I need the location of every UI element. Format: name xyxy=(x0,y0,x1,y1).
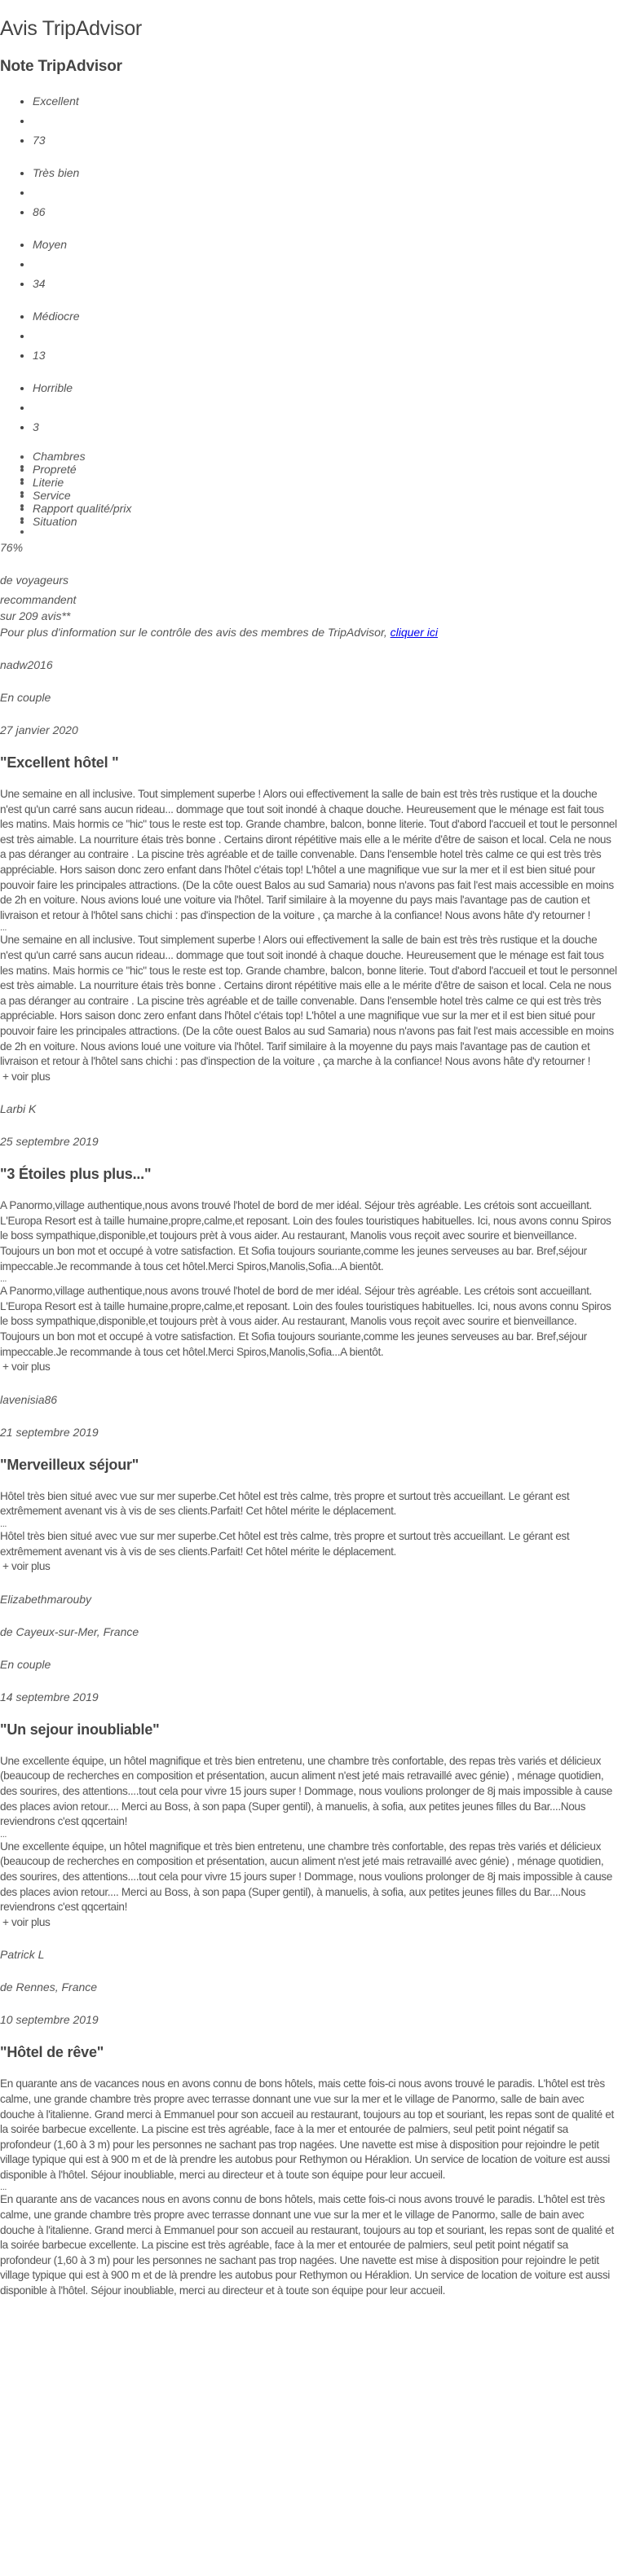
review-excerpt: En quarante ans de vacances nous en avon… xyxy=(0,2077,614,2181)
category-label: Chambres xyxy=(33,450,618,463)
review-date: 27 janvier 2020 xyxy=(0,722,618,738)
see-more-button[interactable]: + voir plus xyxy=(0,1070,618,1085)
review-body: Une semaine en all inclusive. Tout simpl… xyxy=(0,787,618,1084)
review-ellipsis: ... xyxy=(0,1274,618,1284)
review-location: de Cayeux-sur-Mer, France xyxy=(0,1624,618,1640)
rating-label: Médiocre xyxy=(33,306,618,326)
rating-bar xyxy=(33,254,618,274)
recommend-line-1: de voyageurs xyxy=(0,572,618,588)
review-body: Une excellente équipe, un hôtel magnifiq… xyxy=(0,1754,618,1931)
review-date: 14 septembre 2019 xyxy=(0,1689,618,1705)
review-author: Patrick L xyxy=(0,1946,618,1963)
rating-label: Excellent xyxy=(33,91,618,111)
rating-count: 34 xyxy=(33,274,618,293)
rating-row-moyen: Moyen 34 xyxy=(0,235,618,293)
rating-row-tres-bien: Très bien 86 xyxy=(0,163,618,222)
review-item: Larbi K 25 septembre 2019 "3 Étoiles plu… xyxy=(0,1101,618,1375)
review-date: 25 septembre 2019 xyxy=(0,1133,618,1150)
review-excerpt: Hôtel très bien situé avec vue sur mer s… xyxy=(0,1490,569,1518)
category-label: Service xyxy=(33,489,618,502)
tripadvisor-reviews-page: Avis TripAdvisor Note TripAdvisor Excell… xyxy=(0,16,618,2299)
review-title: "Un sejour inoubliable" xyxy=(0,1720,618,1739)
review-full-text: En quarante ans de vacances nous en avon… xyxy=(0,2193,614,2297)
review-trip-type: En couple xyxy=(0,1656,618,1673)
review-body: A Panormo,village authentique,nous avons… xyxy=(0,1198,618,1375)
info-text: Pour plus d'information sur le contrôle … xyxy=(0,626,391,639)
review-author: Elizabethmarouby xyxy=(0,1591,618,1607)
review-excerpt: Une semaine en all inclusive. Tout simpl… xyxy=(0,788,617,921)
recommend-block: 76% de voyageurs recommandent xyxy=(0,539,618,608)
rating-count: 73 xyxy=(33,130,618,150)
rating-section-title: Note TripAdvisor xyxy=(0,57,618,77)
review-body: En quarante ans de vacances nous en avon… xyxy=(0,2077,618,2298)
review-location: de Rennes, France xyxy=(0,1979,618,1995)
review-full-text: Hôtel très bien situé avec vue sur mer s… xyxy=(0,1530,569,1558)
rating-bar xyxy=(33,182,618,202)
see-more-button[interactable]: + voir plus xyxy=(0,1559,618,1575)
rating-distribution: Excellent 73 Très bien 86 Moyen 34 Médio… xyxy=(0,91,618,437)
category-label: Literie xyxy=(33,476,618,489)
review-date: 10 septembre 2019 xyxy=(0,2011,618,2028)
see-more-button[interactable]: + voir plus xyxy=(0,1360,618,1375)
rating-row-horrible: Horrible 3 xyxy=(0,378,618,437)
recommend-line-2: recommandent xyxy=(0,591,618,608)
review-full-text: Une semaine en all inclusive. Tout simpl… xyxy=(0,934,617,1067)
rating-row-mediocre: Médiocre 13 xyxy=(0,306,618,365)
review-ellipsis: ... xyxy=(0,1830,618,1840)
rating-bar xyxy=(33,111,618,130)
category-label: Rapport qualité/prix xyxy=(33,502,618,515)
review-author: Larbi K xyxy=(0,1101,618,1117)
review-full-text: A Panormo,village authentique,nous avons… xyxy=(0,1285,611,1357)
review-full-text: Une excellente équipe, un hôtel magnifiq… xyxy=(0,1840,612,1913)
rating-label: Horrible xyxy=(33,378,618,398)
rating-label: Très bien xyxy=(33,163,618,182)
review-item: nadw2016 En couple 27 janvier 2020 "Exce… xyxy=(0,657,618,1084)
review-author: nadw2016 xyxy=(0,657,618,673)
rating-count: 3 xyxy=(33,417,618,437)
review-control-info: Pour plus d'information sur le contrôle … xyxy=(0,624,618,640)
review-title: "Hôtel de rêve" xyxy=(0,2042,618,2062)
review-title: "Merveilleux séjour" xyxy=(0,1455,618,1475)
see-more-button[interactable]: + voir plus xyxy=(0,1915,618,1931)
recommend-percent: 76% xyxy=(0,539,618,556)
rating-bar xyxy=(33,326,618,345)
rating-label: Moyen xyxy=(33,235,618,254)
review-author: lavenisia86 xyxy=(0,1391,618,1408)
review-item: Elizabethmarouby de Cayeux-sur-Mer, Fran… xyxy=(0,1591,618,1931)
review-excerpt: A Panormo,village authentique,nous avons… xyxy=(0,1199,611,1272)
page-title: Avis TripAdvisor xyxy=(0,16,618,41)
category-label: Situation xyxy=(33,515,618,528)
rating-count: 13 xyxy=(33,345,618,365)
review-trip-type: En couple xyxy=(0,689,618,706)
review-ellipsis: ... xyxy=(0,923,618,933)
category-ratings: Chambres Propreté Literie Service Rappor… xyxy=(0,450,618,528)
review-ellipsis: ... xyxy=(0,1519,618,1529)
review-item: lavenisia86 21 septembre 2019 "Merveille… xyxy=(0,1391,618,1575)
rating-bar xyxy=(33,398,618,417)
info-link[interactable]: cliquer ici xyxy=(391,626,438,639)
rating-count: 86 xyxy=(33,202,618,222)
review-ellipsis: ... xyxy=(0,2183,618,2192)
review-date: 21 septembre 2019 xyxy=(0,1424,618,1440)
review-item: Patrick L de Rennes, France 10 septembre… xyxy=(0,1946,618,2298)
review-title: "3 Étoiles plus plus..." xyxy=(0,1164,618,1184)
total-reviews: sur 209 avis** xyxy=(0,608,618,624)
review-title: "Excellent hôtel " xyxy=(0,753,618,772)
category-label: Propreté xyxy=(33,463,618,476)
review-excerpt: Une excellente équipe, un hôtel magnifiq… xyxy=(0,1755,612,1827)
review-body: Hôtel très bien situé avec vue sur mer s… xyxy=(0,1489,618,1575)
rating-row-excellent: Excellent 73 xyxy=(0,91,618,150)
